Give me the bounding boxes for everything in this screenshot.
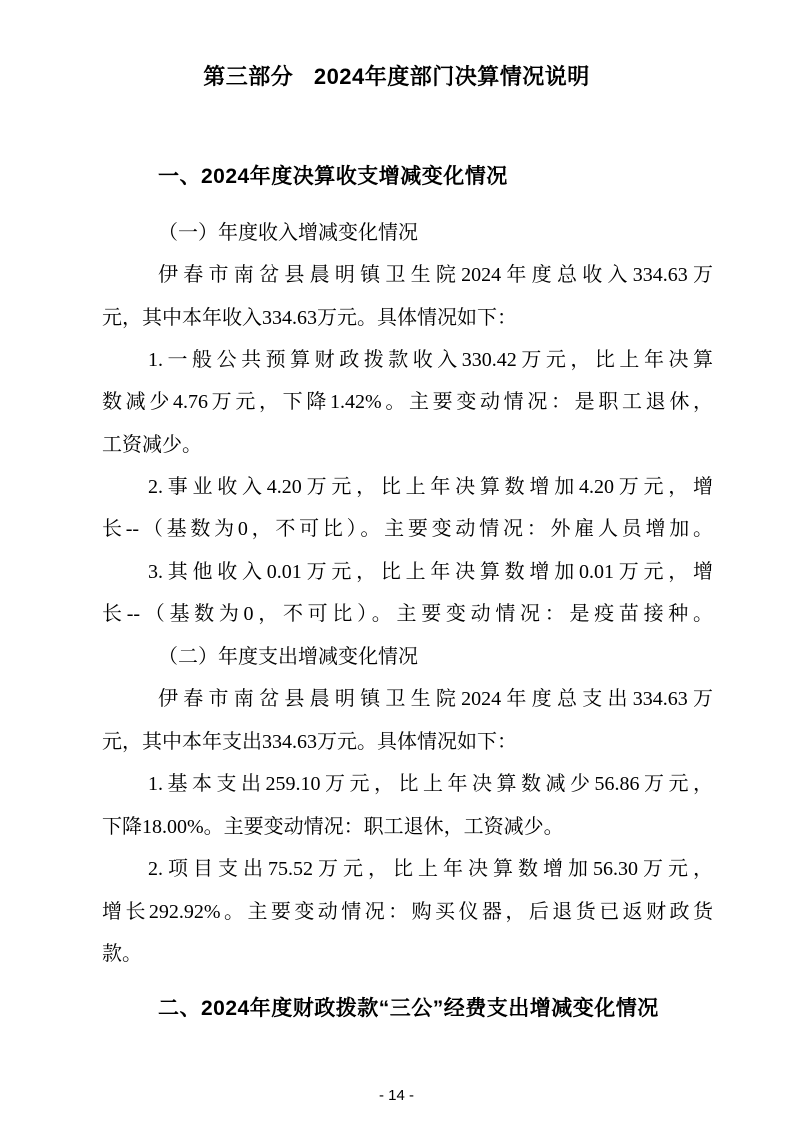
text-line: 工资减少。 <box>102 433 713 457</box>
page-number: - 14 - <box>0 1086 793 1106</box>
text-line: 伊春市南岔县晨明镇卫生院2024年度总支出334.63万 <box>102 687 713 711</box>
text-line: 款。 <box>102 942 713 966</box>
section-1-heading: 一、2024年度决算收支增减变化情况 <box>102 164 713 190</box>
page-title: 第三部分 2024年度部门决算情况说明 <box>0 63 793 91</box>
text-line: （二）年度支出增减变化情况 <box>102 645 713 669</box>
text-line: 增长292.92%。主要变动情况：购买仪器，后退货已返财政货 <box>102 900 713 924</box>
text-line: 数减少4.76万元，下降1.42%。主要变动情况：是职工退休， <box>102 390 713 414</box>
text-line: 长--（基数为0，不可比）。主要变动情况：外雇人员增加。 <box>102 517 713 541</box>
text-line: 2.事业收入4.20万元，比上年决算数增加4.20万元，增 <box>102 475 713 499</box>
text-line: 2.项目支出75.52万元，比上年决算数增加56.30万元， <box>102 857 713 881</box>
text-line: 1.基本支出259.10万元，比上年决算数减少56.86万元， <box>102 772 713 796</box>
document-page: 第三部分 2024年度部门决算情况说明 一、2024年度决算收支增减变化情况 （… <box>0 0 793 1122</box>
text-line: 3.其他收入0.01万元，比上年决算数增加0.01万元，增 <box>102 560 713 584</box>
text-line: 元，其中本年收入334.63万元。具体情况如下： <box>102 306 713 330</box>
text-line: 1.一般公共预算财政拨款收入330.42万元，比上年决算 <box>102 348 713 372</box>
text-line: 下降18.00%。主要变动情况：职工退休，工资减少。 <box>102 815 713 839</box>
text-line: 伊春市南岔县晨明镇卫生院2024年度总收入334.63万 <box>102 263 713 287</box>
text-line: （一）年度收入增减变化情况 <box>102 221 713 245</box>
text-line: 长--（基数为0，不可比）。主要变动情况：是疫苗接种。 <box>102 602 713 626</box>
text-line: 元，其中本年支出334.63万元。具体情况如下： <box>102 730 713 754</box>
section-2-heading: 二、2024年度财政拨款“三公”经费支出增减变化情况 <box>102 996 713 1022</box>
